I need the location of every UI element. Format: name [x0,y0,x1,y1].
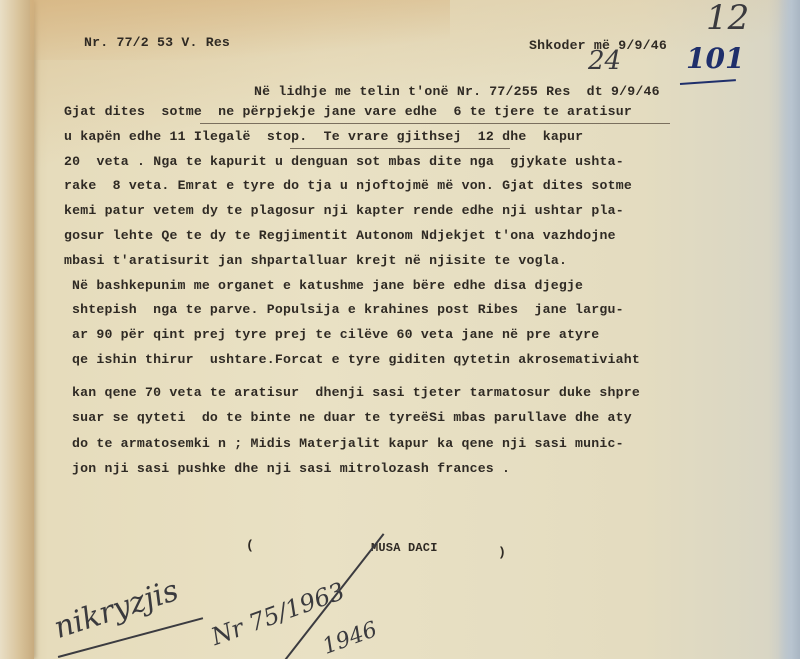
handwritten-signature: nikryzjis [50,573,183,646]
body-line: Gjat dites sotme ne përpjekje jane vare … [64,104,632,120]
signature-open-paren: ( [246,538,254,554]
text-underline [200,123,670,124]
document-paper: Nr. 77/2 53 V. Res Shkoder më 9/9/46 12 … [0,0,800,659]
body-line: gosur lehte Qe te dy te Regjimentit Auto… [64,228,616,244]
underline-101 [680,79,736,85]
background-edge [778,0,800,659]
paper-fold-left [0,0,34,659]
signature-name: MUSA DACI [371,540,438,556]
body-line: kemi patur vetem dy te plagosur nji kapt… [64,203,624,219]
handwritten-24: 24 [588,46,621,76]
body-line: Në bashkepunim me organet e katushme jan… [72,278,583,294]
body-line: 20 veta . Nga te kapurit u denguan sot m… [64,154,624,170]
body-line: ar 90 për qint prej tyre prej te cilëve … [72,327,599,343]
body-line: rake 8 veta. Emrat e tyre do tja u njoft… [64,178,632,194]
paper-stain-top [30,0,450,60]
body-line: kan qene 70 veta te aratisur dhenji sasi… [72,385,640,401]
body-line: qe ishin thirur ushtare.Forcat e tyre gi… [72,352,640,368]
body-line: jon nji sasi pushke dhe nji sasi mitrolo… [72,461,510,477]
body-line: shtepish nga te parve. Populsija e krahi… [72,302,624,318]
body-line: do te armatosemki n ; Midis Materjalit k… [72,436,624,452]
body-line: suar se qyteti do te binte ne duar te ty… [72,410,632,426]
handwritten-year: 1946 [319,617,380,659]
body-line: u kapën edhe 11 Ilegalë stop. Te vrare g… [64,129,583,145]
handwritten-page-number: 12 [706,0,749,38]
text-underline [290,148,510,149]
signature-close-paren: ) [498,545,506,561]
body-line: mbasi t'aratisurit jan shpartalluar krej… [64,253,567,269]
body-line: Në lidhje me telin t'onë Nr. 77/255 Res … [254,84,660,100]
reference-number: Nr. 77/2 53 V. Res [84,35,230,51]
handwritten-101: 101 [686,42,744,75]
